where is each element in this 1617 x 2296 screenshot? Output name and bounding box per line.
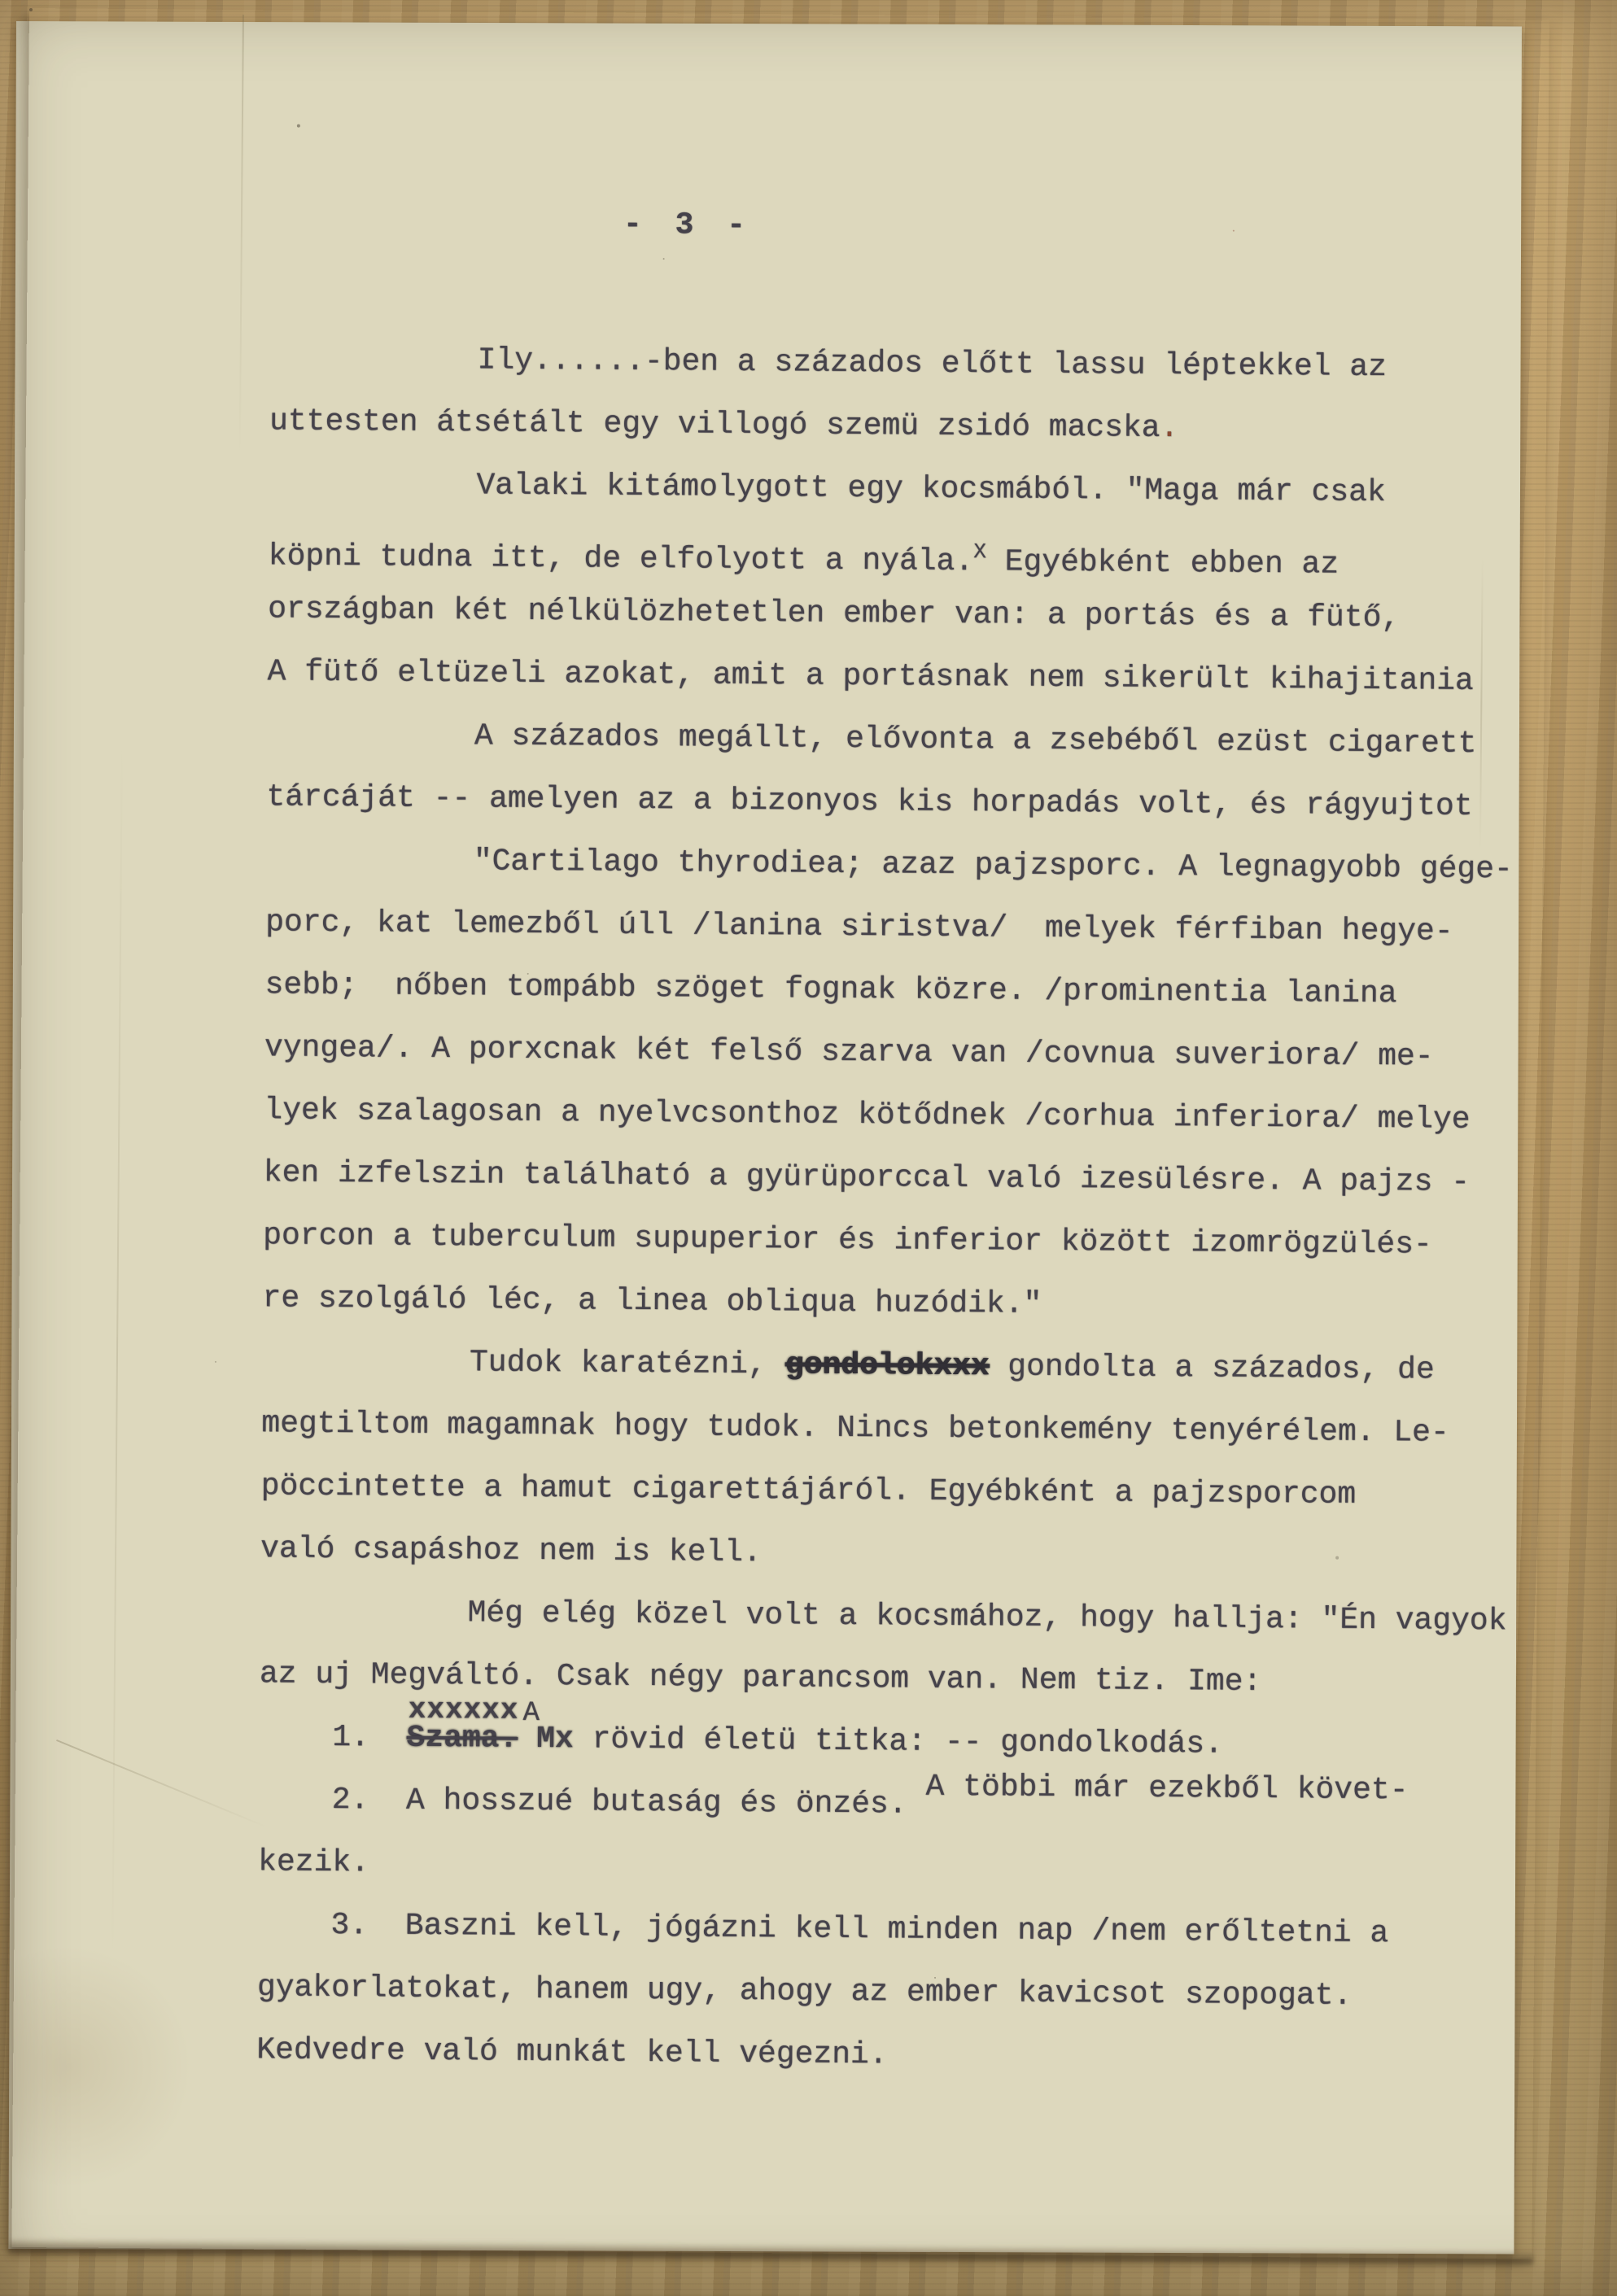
- text-line: országban két nélkülözhetetlen ember van…: [268, 578, 1521, 650]
- text-line: pöccintette a hamut cigarettájáról. Egyé…: [260, 1455, 1514, 1527]
- text-segment: megtiltom magamnak hogy tudok. Nincs bet…: [261, 1406, 1449, 1450]
- text-segment: gyakorlatokat, hanem ugy, ahogy az ember…: [257, 1970, 1353, 2014]
- text-line: 2. A hosszué butaság és önzés. A többi m…: [258, 1768, 1511, 1840]
- text-line: kezik.: [258, 1831, 1511, 1903]
- text-segment: Még elég közel volt a kocsmához, hogy ha…: [467, 1595, 1506, 1639]
- text-segment: A fütő eltüzeli azokat, amit a portásnak…: [267, 654, 1474, 699]
- text-lines: Ily......-ben a századоs előtt lassu lép…: [256, 327, 1523, 2091]
- text-line: uttesten átsétált egy villogó szemü zsid…: [269, 390, 1523, 462]
- text-line: tárcáját -- amelyen az a bizonyos kis ho…: [266, 766, 1519, 838]
- text-line: "Cartilago thyrodiea; azaz pajzsporc. A …: [265, 828, 1519, 901]
- text-line: porc, kat lemezből úll /lanina siristva/…: [265, 891, 1519, 963]
- raised-phrase: A többi már ezekből követ-: [925, 1756, 1408, 1822]
- desk-surface: - 3 - Ily......-ben a századоs előtt las…: [0, 0, 1617, 2296]
- text-line: Valaki kitámolygott egy kocsmából. "Maga…: [269, 452, 1522, 525]
- text-segment: A százados megállt, elővonta a zsebéből …: [474, 718, 1477, 762]
- text-line: 3. Baszni kell, jógázni kell minden nap …: [257, 1893, 1510, 1966]
- paper-sheet: - 3 - Ily......-ben a századоs előtt las…: [11, 8, 1549, 2259]
- overtyped-word: Mx: [536, 1722, 574, 1757]
- paper-specks: [29, 8, 33, 11]
- text-segment: porcon a tuberculum supuperior és inferi…: [263, 1218, 1432, 1262]
- text-segment: gondolta a százados, de: [989, 1349, 1435, 1387]
- text-line: A százados megállt, elővonta a zsebéből …: [267, 703, 1520, 775]
- text-line: Még elég közel volt a kocsmához, hogy ha…: [260, 1580, 1513, 1652]
- paper-stain: [12, 1945, 193, 2190]
- superscript-mark: X: [973, 539, 986, 564]
- text-line: ken izfelszin található a gyürüporccal v…: [263, 1141, 1516, 1214]
- paper-crease: [56, 1739, 268, 1828]
- strikeout-correction: xxxxxxSzama.: [406, 1707, 518, 1770]
- text-line: Ily......-ben a századоs előtt lassu lép…: [269, 327, 1523, 399]
- text-line: re szolgáló léc, a linea obliqua huzódik…: [262, 1267, 1515, 1339]
- text-segment: lyek szalagosan a nyelvcsonthoz kötődnek…: [264, 1093, 1471, 1137]
- paper-crease: [239, 15, 244, 454]
- text-segment: kezik.: [258, 1844, 369, 1880]
- text-segment: való csapáshoz nem is kell.: [260, 1531, 762, 1570]
- red-ink-mark: .: [1160, 411, 1178, 446]
- text-line: megtiltom magamnak hogy tudok. Nincs bet…: [261, 1392, 1514, 1464]
- text-line: Kedvedre való munkát kell végezni.: [256, 2019, 1510, 2091]
- text-segment: köpni tudna itt, de elfolyott a nyála.: [269, 539, 974, 579]
- text-line: A fütő eltüzeli azokat, amit a portásnak…: [267, 640, 1520, 713]
- text-segment: tárcáját -- amelyen az a bizonyos kis ho…: [266, 779, 1473, 824]
- struck-word: gondolokxxx: [784, 1347, 989, 1384]
- text-line: lyek szalagosan a nyelvcsonthoz kötődnek…: [264, 1079, 1517, 1151]
- text-line: porcon a tuberculum supuperior és inferi…: [263, 1204, 1516, 1277]
- text-segment: porc, kat lemezből úll /lanina siristva/…: [265, 905, 1453, 949]
- text-segment: 3. Baszni kell, jógázni kell minden nap …: [330, 1908, 1388, 1951]
- text-segment: rövid életü titka: -- gondolkodás.: [574, 1722, 1223, 1761]
- page-number: - 3 -: [271, 190, 1524, 263]
- text-segment: Tudok karatézni,: [470, 1345, 785, 1382]
- paper-crease: [111, 741, 123, 1962]
- text-segment: uttesten átsétált egy villogó szemü zsid…: [269, 404, 1160, 446]
- text-segment: pöccintette a hamut cigarettájáról. Egyé…: [261, 1469, 1357, 1512]
- text-segment: sebb; nőben tompább szöget fognak közre.…: [264, 967, 1396, 1011]
- text-line: sebb; nőben tompább szöget fognak közre.…: [264, 954, 1518, 1026]
- text-segment: Ily......-ben a századоs előtt lassu lép…: [477, 343, 1387, 385]
- text-segment: Kedvedre való munkát kell végezni.: [256, 2032, 888, 2072]
- spacer: [270, 253, 1523, 337]
- paper-torn-bottom-edge: [8, 2238, 1533, 2267]
- text-segment: Egyébként ebben az: [986, 544, 1339, 582]
- text-segment: országban két nélkülözhetetlen ember van…: [268, 591, 1400, 635]
- text-segment: re szolgáló léc, a linea obliqua huzódik…: [262, 1281, 1042, 1322]
- crossout-xxxx: xxxxxx: [409, 1678, 519, 1742]
- text-line: Tudok karatézni, gondolokxxx gondolta a …: [262, 1329, 1515, 1402]
- text-line: gyakorlatokat, hanem ugy, ahogy az ember…: [257, 1956, 1510, 2028]
- text-segment: "Cartilago thyrodiea; azaz pajzsporc. A …: [474, 844, 1513, 887]
- text-line: való csapáshoz nem is kell.: [260, 1517, 1514, 1590]
- text-segment: ken izfelszin található a gyürüporccal v…: [264, 1155, 1471, 1200]
- typewritten-text: - 3 - Ily......-ben a századоs előtt las…: [256, 190, 1523, 2091]
- text-segment: 1.: [332, 1720, 407, 1756]
- text-segment: vyngea/. A porxcnak két felső szarva van…: [264, 1030, 1434, 1074]
- text-segment: 2. A hosszué butaság és önzés.: [332, 1783, 926, 1822]
- text-line: köpni tudna itt, de elfolyott a nyála.X …: [269, 515, 1522, 587]
- text-line: vyngea/. A porxcnak két felső szarva van…: [264, 1016, 1518, 1089]
- text-segment: Valaki kitámolygott egy kocsmából. "Maga…: [476, 468, 1386, 510]
